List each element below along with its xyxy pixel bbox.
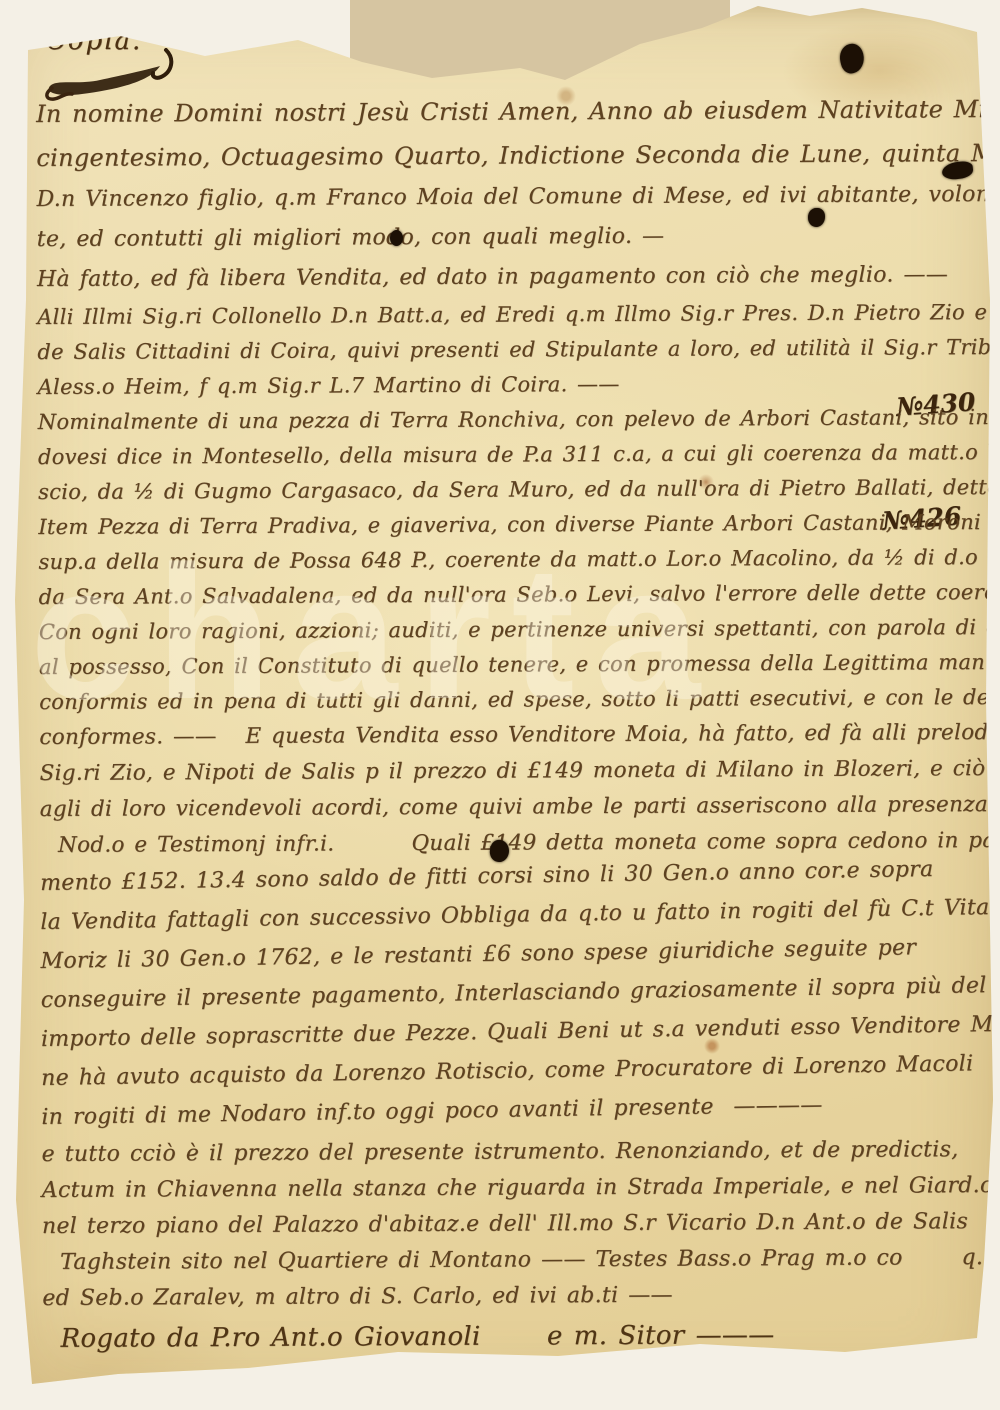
manuscript-line: te, ed contutti gli migliori modo, con q… <box>37 215 1000 260</box>
manuscript-line: Nominalmente di una pezza di Terra Ronch… <box>38 400 1000 440</box>
manuscript-line: Rogato da P.ro Ant.o Giovanoli e m. Sito… <box>42 1312 1000 1361</box>
manuscript-line: da Sera Ant.o Salvadalena, ed da null'or… <box>39 575 1000 615</box>
manuscript-line: al possesso, Con il Constituto di quello… <box>39 645 1000 685</box>
manuscript-line: cingentesimo, Octuagesimo Quarto, Indict… <box>36 131 1000 180</box>
manuscript-line: Item Pezza di Terra Pradiva, e giaveriva… <box>38 505 1000 545</box>
manuscript-text: In nomine Domini nostri Jesù Cristi Amen… <box>36 87 1000 1361</box>
manuscript-line: Con ogni loro ragioni, azzioni; auditi, … <box>39 610 1000 650</box>
manuscript-line: Sig.ri Zio, e Nipoti de Salis p il prezz… <box>39 751 1000 792</box>
manuscript-line: sup.a della misura de Possa 648 P., coer… <box>38 540 1000 580</box>
manuscript-line: D.n Vincenzo figlio, q.m Franco Moia del… <box>36 175 1000 220</box>
manuscript-line: de Salis Cittadini di Coira, quivi prese… <box>37 330 1000 370</box>
manuscript-line: scio, da ½ di Gugmo Cargasaco, da Sera M… <box>38 470 1000 510</box>
manuscript-line: conformis ed in pena di tutti gli danni,… <box>39 680 1000 720</box>
manuscript-line: Actum in Chiavenna nella stanza che rigu… <box>42 1168 1000 1209</box>
manuscript-line: Hà fatto, ed fà libera Vendita, ed dato … <box>37 255 1000 300</box>
ink-blot <box>837 42 867 76</box>
manuscript-line: Aless.o Heim, f q.m Sig.r L.7 Martino di… <box>37 365 1000 405</box>
manuscript-line: In nomine Domini nostri Jesù Cristi Amen… <box>36 87 1000 136</box>
manuscript-line: agli di loro vicendevoli acordi, come qu… <box>40 787 1000 828</box>
manuscript-line: conformes. —— E questa Vendita esso Vend… <box>39 715 1000 756</box>
ink-blot <box>390 230 403 246</box>
manuscript-line: dovesi dice in Montesello, della misura … <box>38 435 1000 475</box>
manuscript-line: Alli Illmi Sig.ri Collonello D.n Batt.a,… <box>37 295 1000 335</box>
manuscript-line: e tutto cciò è il prezzo del presente is… <box>41 1132 1000 1173</box>
manuscript-paper: Copia. №430 №426 In nomine Domini nostri… <box>0 0 1000 1410</box>
manuscript-line: Taghstein sito nel Quartiere di Montano … <box>42 1240 1000 1281</box>
manuscript-line: nel terzo piano del Palazzo d'abitaz.e d… <box>42 1204 1000 1245</box>
manuscript-line: ed Seb.o Zaralev, m altro di S. Carlo, e… <box>42 1276 1000 1317</box>
